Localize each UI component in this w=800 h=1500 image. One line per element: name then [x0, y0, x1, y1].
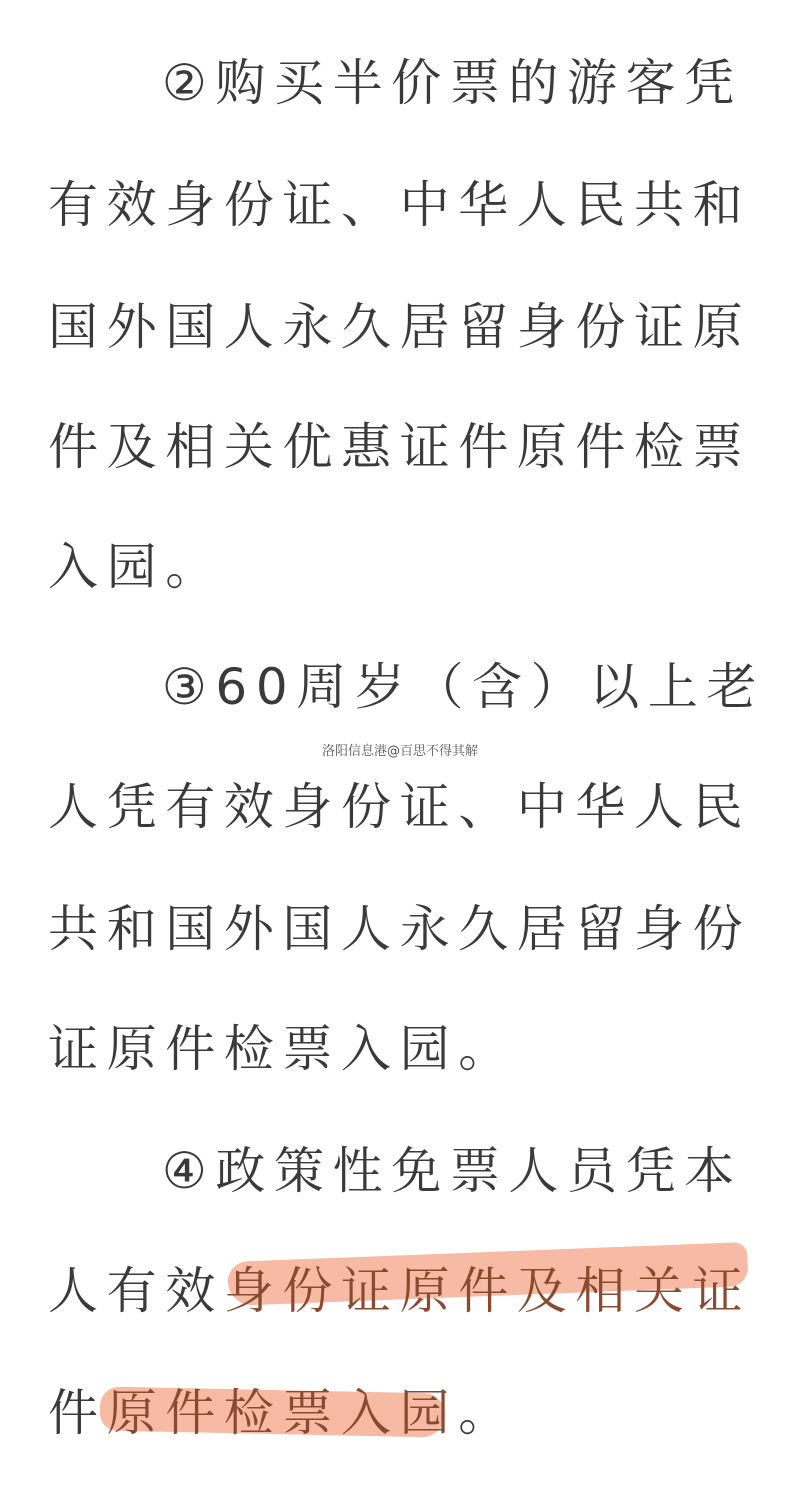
paragraph-4-line-1: ④政策性免票人员凭本 [162, 1136, 748, 1206]
paragraph-2-line-3: 国外国人永久居留身份证原 [48, 292, 748, 362]
highlighted-text-2: 原件检票入园 [107, 1384, 459, 1442]
paragraph-4-line-3-plain: 件 [48, 1384, 107, 1442]
paragraph-4-line-3: 件原件检票入园。 [48, 1378, 748, 1448]
paragraph-2-line-4: 件及相关优惠证件原件检票 [48, 412, 748, 482]
paragraph-4-line-3-end: 。 [458, 1384, 517, 1442]
highlighted-text-1: 身份证原件及相关证 [224, 1262, 751, 1320]
paragraph-3-line-4: 证原件检票入园。 [48, 1014, 748, 1084]
paragraph-2-line-2: 有效身份证、中华人民共和 [48, 170, 748, 240]
paragraph-3-line-2: 人凭有效身份证、中华人民 [48, 772, 748, 842]
paragraph-2-line-1: ②购买半价票的游客凭 [162, 48, 748, 118]
paragraph-2-line-5: 入园。 [48, 532, 748, 602]
paragraph-4-line-2-plain: 人有效 [48, 1262, 224, 1320]
paragraph-3-line-1: ③60周岁（含）以上老 [162, 652, 748, 722]
watermark: 洛阳信息港@百思不得其解 [0, 740, 800, 759]
paragraph-4-line-2: 人有效身份证原件及相关证 [48, 1256, 748, 1326]
paragraph-3-line-3: 共和国外国人永久居留身份 [48, 894, 748, 964]
